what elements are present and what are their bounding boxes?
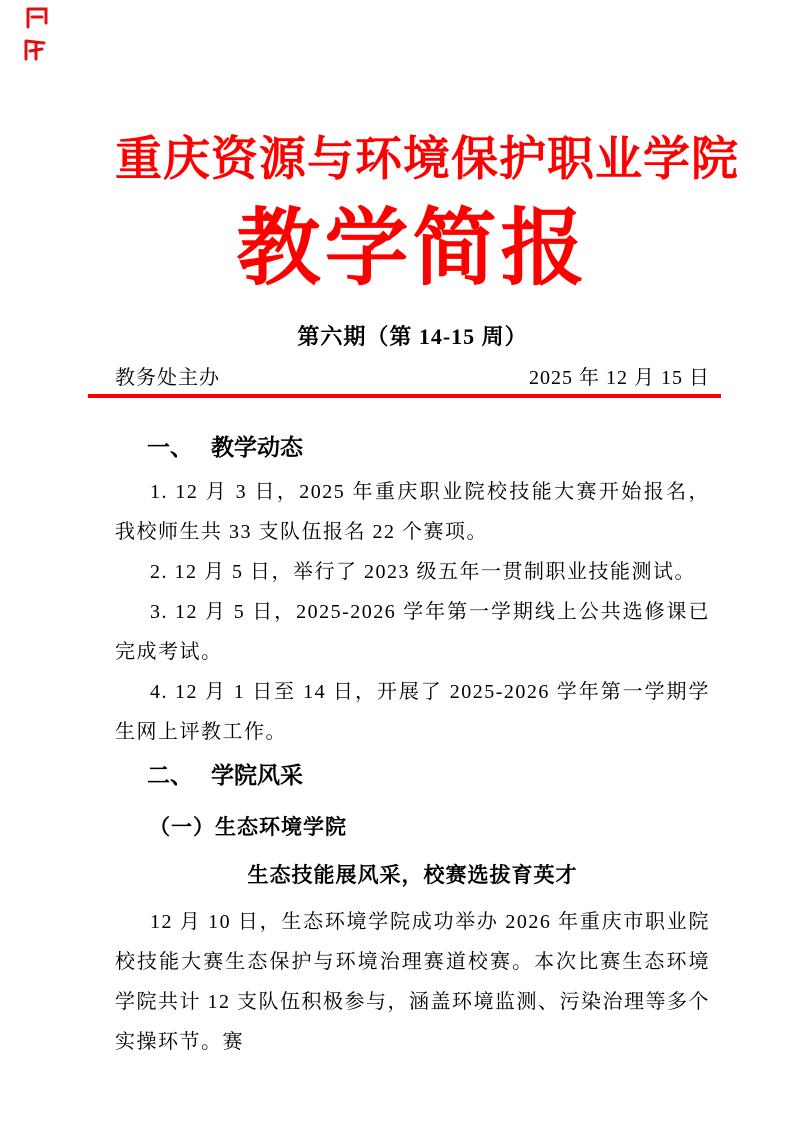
section-title: 教学动态 bbox=[211, 434, 303, 460]
masthead-divider bbox=[88, 394, 721, 398]
article-paragraph: 12 月 10 日，生态环境学院成功举办 2026 年重庆市职业院校技能大赛生态… bbox=[115, 902, 710, 1062]
section-title: 学院风采 bbox=[211, 762, 303, 788]
section-number: 一、 bbox=[147, 434, 193, 460]
host-label: 教务处主办 bbox=[115, 366, 220, 390]
list-item: 1. 12 月 3 日，2025 年重庆职业院校技能大赛开始报名，我校师生共 3… bbox=[115, 472, 710, 552]
issue-date: 2025 年 12 月 15 日 bbox=[529, 366, 710, 390]
section-heading-college-highlights: 二、学院风采 bbox=[115, 762, 710, 788]
bulletin-title: 教学简报 bbox=[115, 202, 710, 298]
article-headline: 生态技能展风采，校赛选拔育英才 bbox=[115, 862, 710, 888]
org-title: 重庆资源与环境保护职业学院 bbox=[115, 0, 710, 188]
section-number: 二、 bbox=[147, 762, 193, 788]
document-body: 重庆资源与环境保护职业学院 教学简报 第六期（第 14-15 周） 教务处主办 … bbox=[0, 0, 793, 1062]
host-row: 教务处主办 2025 年 12 月 15 日 bbox=[115, 366, 710, 390]
list-item: 3. 12 月 5 日，2025-2026 学年第一学期线上公共选修课已完成考试… bbox=[115, 592, 710, 672]
masthead: 重庆资源与环境保护职业学院 教学简报 第六期（第 14-15 周） bbox=[115, 0, 710, 350]
teaching-updates-list: 1. 12 月 3 日，2025 年重庆职业院校技能大赛开始报名，我校师生共 3… bbox=[115, 472, 710, 752]
corner-stamp-icon bbox=[22, 5, 62, 65]
issue-line: 第六期（第 14-15 周） bbox=[115, 324, 710, 350]
bulletin-page: 重庆资源与环境保护职业学院 教学简报 第六期（第 14-15 周） 教务处主办 … bbox=[0, 0, 793, 1122]
subsection-heading-eco-college: （一）生态环境学院 bbox=[115, 814, 710, 840]
list-item: 4. 12 月 1 日至 14 日，开展了 2025-2026 学年第一学期学生… bbox=[115, 672, 710, 752]
section-heading-teaching-updates: 一、教学动态 bbox=[115, 434, 710, 460]
list-item: 2. 12 月 5 日，举行了 2023 级五年一贯制职业技能测试。 bbox=[115, 552, 710, 592]
